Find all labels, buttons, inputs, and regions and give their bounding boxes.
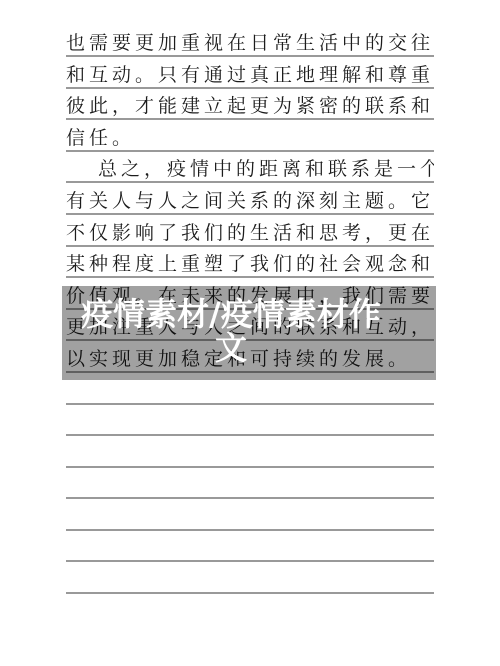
essay-line-text: 也需要更加重视在日常生活中的交往 bbox=[66, 32, 434, 54]
essay-line-text: 彼此，才能建立起更为紧密的联系和 bbox=[66, 95, 434, 117]
essay-line: 信任。 bbox=[66, 120, 434, 152]
essay-line: 和互动。只有通过真正地理解和尊重 bbox=[66, 57, 434, 89]
essay-line-text: 不仅影响了我们的生活和思考，更在 bbox=[66, 222, 434, 244]
essay-line-text: 有关人与人之间关系的深刻主题。它 bbox=[66, 190, 434, 212]
empty-line bbox=[66, 405, 434, 437]
banner-title: 疫情素材/疫情素材作文 bbox=[75, 297, 387, 365]
essay-line: 彼此，才能建立起更为紧密的联系和 bbox=[66, 89, 434, 121]
empty-line bbox=[66, 531, 434, 563]
essay-line-paragraph-start: 总之，疫情中的距离和联系是一个 bbox=[66, 152, 434, 184]
empty-line bbox=[66, 499, 434, 531]
essay-line-text: 和互动。只有通过真正地理解和尊重 bbox=[66, 64, 434, 86]
essay-line: 某种程度上重塑了我们的社会观念和 bbox=[66, 247, 434, 279]
empty-line bbox=[66, 562, 434, 594]
essay-line-text: 某种程度上重塑了我们的社会观念和 bbox=[66, 253, 434, 275]
essay-line-text: 信任。 bbox=[66, 127, 135, 149]
essay-line: 不仅影响了我们的生活和思考，更在 bbox=[66, 215, 434, 247]
essay-line-text: 总之，疫情中的距离和联系是一个 bbox=[66, 158, 434, 180]
essay-line: 有关人与人之间关系的深刻主题。它 bbox=[66, 183, 434, 215]
essay-line: 也需要更加重视在日常生活中的交往 bbox=[66, 25, 434, 57]
empty-line bbox=[66, 468, 434, 500]
empty-line bbox=[66, 436, 434, 468]
